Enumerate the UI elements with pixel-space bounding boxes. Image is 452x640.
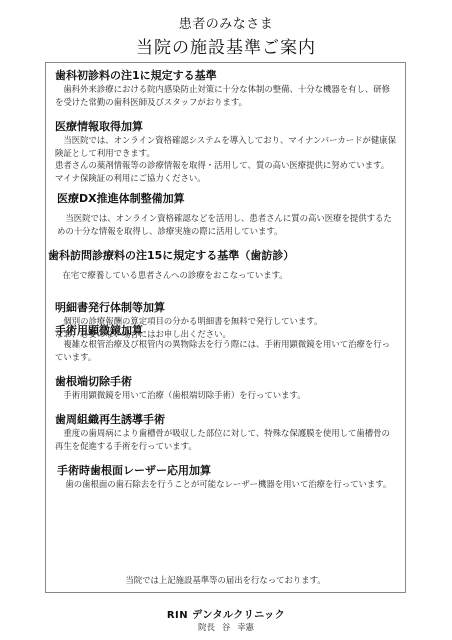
greeting: 患者のみなさま: [0, 13, 452, 32]
section-initial-consultation: 歯科初診料の注1に規定する基準 歯科外来診療における院内感染防止対策に十分な体制…: [55, 69, 397, 108]
section-text: 患者さんの薬剤情報等の診療情報を取得・活用して、質の高い医療提供に努めています。…: [55, 159, 397, 184]
section-heading: 歯周組織再生誘導手術: [55, 413, 397, 427]
section-heading: 歯根端切除手術: [55, 375, 397, 389]
clinic-name: RIN デンタルクリニック: [0, 606, 452, 621]
section-heading: 明細書発行体制等加算: [55, 301, 397, 315]
section-medical-dx: 医療DX推進体制整備加算 当医院では、オンライン資格確認などを活用し、患者さんに…: [57, 192, 397, 237]
section-heading: 歯科初診料の注1に規定する基準: [55, 69, 397, 83]
section-apicoectomy: 歯根端切除手術 手術用顕微鏡を用いて治療（歯根端切除手術）を行っています。: [55, 375, 397, 402]
section-text: 複雑な根管治療及び根管内の異物除去を行う際には、手術用顕微鏡を用いて治療を行って…: [55, 338, 397, 363]
section-medical-info-acquisition: 医療情報取得加算 当医院では、オンライン資格確認システムを導入しており、マイナン…: [55, 120, 397, 184]
page-title: 当院の施設基準ご案内: [0, 33, 452, 58]
section-heading: 医療DX推進体制整備加算: [57, 192, 397, 206]
section-heading: 歯科訪問診療料の注15に規定する基準（歯訪診）: [48, 249, 397, 263]
section-text: 当医院では、オンライン資格確認システムを導入しており、マイナンバーカードが健康保…: [55, 134, 397, 159]
section-text: 在宅で療養している患者さんへの診療をおこなっています。: [48, 269, 397, 282]
section-heading: 手術用顕微鏡加算: [55, 324, 397, 338]
section-heading: 医療情報取得加算: [55, 120, 397, 134]
facility-standards-box: 歯科初診料の注1に規定する基準 歯科外来診療における院内感染防止対策に十分な体制…: [45, 62, 406, 593]
section-heading: 手術時歯根面レーザー応用加算: [57, 464, 397, 478]
section-text: 歯の歯根面の歯石除去を行うことが可能なレーザー機器を用いて治療を行っています。: [57, 478, 397, 491]
section-surgical-microscope-content: 手術用顕微鏡加算 複雑な根管治療及び根管内の異物除去を行う際には、手術用顕微鏡を…: [55, 324, 397, 363]
section-text: 手術用顕微鏡を用いて治療（歯根端切除手術）を行っています。: [55, 389, 397, 402]
section-gtr: 歯周組織再生誘導手術 重度の歯周病により歯槽骨が吸収した部位に対して、特殊な保護…: [55, 413, 397, 452]
section-text: 歯科外来診療における院内感染防止対策に十分な体制の整備、十分な機器を有し、研修を…: [55, 83, 397, 108]
section-text: 当医院では、オンライン資格確認などを活用し、患者さんに質の高い医療を提供するため…: [57, 212, 397, 237]
section-home-visit: 歯科訪問診療料の注15に規定する基準（歯訪診） 在宅で療養している患者さんへの診…: [48, 249, 397, 282]
section-laser: 手術時歯根面レーザー応用加算 歯の歯根面の歯石除去を行うことが可能なレーザー機器…: [57, 464, 397, 491]
section-text: 重度の歯周病により歯槽骨が吸収した部位に対して、特殊な保護膜を使用して歯槽骨の再…: [55, 427, 397, 452]
filing-notice: 当院では上記施設基準等の届出を行なっております。: [46, 574, 405, 586]
director-name: 院長 谷 幸憲: [0, 621, 452, 633]
